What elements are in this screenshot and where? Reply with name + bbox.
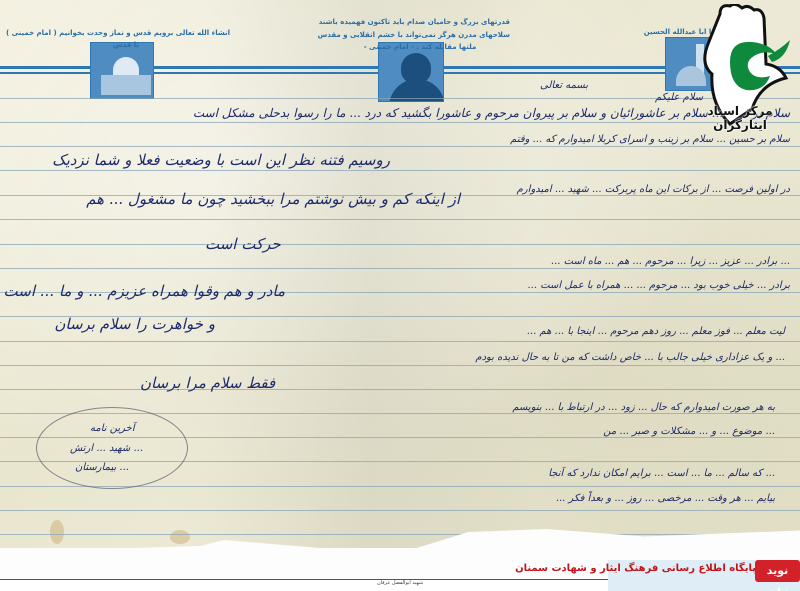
left-letterhead-caption: انشاء الله تعالی برویم قدس و نماز وحدت ب…: [40, 29, 230, 37]
left-letterhead-sub-caption: تا قدس: [106, 41, 146, 49]
dome-of-the-rock-image: [90, 42, 154, 99]
letter-line: مادر و هم وقوا همراه عزیزم ... و ما ... …: [5, 282, 285, 300]
letter-line: ... که سالم ... ما ... است ... برایم امک…: [325, 468, 775, 479]
ruled-line: [0, 341, 800, 342]
letter-line: حرکت است: [205, 235, 281, 253]
letter-line: برادر ... خیلی خوب بود ... مرحوم ... ...…: [340, 280, 790, 291]
ruled-line: [0, 244, 800, 245]
signature-note-line: ... شهید ... ارتش: [70, 443, 143, 454]
letter-line: از اینکه کم و بیش نوشتم مرا ببخشید چون م…: [40, 190, 460, 208]
letter-line: ... موضوع ... و ... مشکلات و صبر ... من: [325, 426, 775, 437]
letter-line: و خواهرت را سلام برسان: [45, 315, 215, 333]
letter-line: لیت معلم ... فوز معلم ... روز دهم مرحوم …: [325, 326, 785, 337]
letter-closing: فقط سلام مرا برسان: [140, 374, 275, 392]
ruled-line: [0, 510, 800, 511]
letter-paper: انشاء الله تعالی برویم قدس و نماز وحدت ب…: [0, 0, 800, 548]
signature-note-line: ... بیمارستان: [75, 462, 129, 473]
ruled-line: [0, 146, 800, 147]
letter-line: روسیم فتنه نظر این است با وضعیت فعلا و ش…: [30, 151, 390, 169]
stain: [170, 530, 190, 544]
center-letterhead-line-3: ملتها مقابله کند . - امام خمینی -: [330, 43, 510, 51]
letter-line: ... برادر ... عزیز ... زیرا ... مرحوم ..…: [340, 256, 790, 267]
letter-opening: بسمه تعالی: [540, 80, 588, 91]
ruled-line: [0, 534, 800, 535]
letter-line: به هر صورت امیدوارم که حال ... زود ... د…: [325, 402, 775, 413]
letter-line: سلام بر امام ... سلام بر عاشورائیان و سل…: [10, 106, 790, 120]
building-icon: [101, 75, 151, 95]
letter-line: ... و یک عزاداری خیلی جالب با ... خاص دا…: [325, 352, 785, 363]
ruled-line: [0, 170, 800, 171]
center-letterhead-line-1: قدرتهای بزرگ و حامیان صدام باید تاکنون ف…: [330, 18, 510, 26]
ruled-line: [0, 219, 800, 220]
imam-portrait-image: [378, 42, 444, 102]
stain: [50, 520, 64, 544]
dome-icon: [113, 57, 139, 75]
ruled-line: [0, 365, 800, 366]
paper-fold: [205, 0, 535, 548]
navid-shahed-logo: نوید شاهد: [755, 560, 800, 582]
letter-line: سلام بر حسین ... سلام بر زینب و اسرای کر…: [320, 134, 790, 145]
ruled-line: [0, 389, 800, 390]
letter-line: بیایم ... هر وقت ... مرخصی ... روز ... و…: [325, 493, 775, 504]
signature-note-line: آخرین نامه: [90, 423, 135, 434]
center-letterhead-line-2: سلاحهای مدرن هرگز نمی‌تواند با خشم انقلا…: [330, 31, 510, 39]
archive-logo-caption: مرکز اسناد ایثارگران: [680, 104, 800, 132]
site-banner-text: پایگاه اطلاع رسانی فرهنگ ایثار و شهادت س…: [608, 563, 756, 574]
ruled-line: [0, 268, 800, 269]
